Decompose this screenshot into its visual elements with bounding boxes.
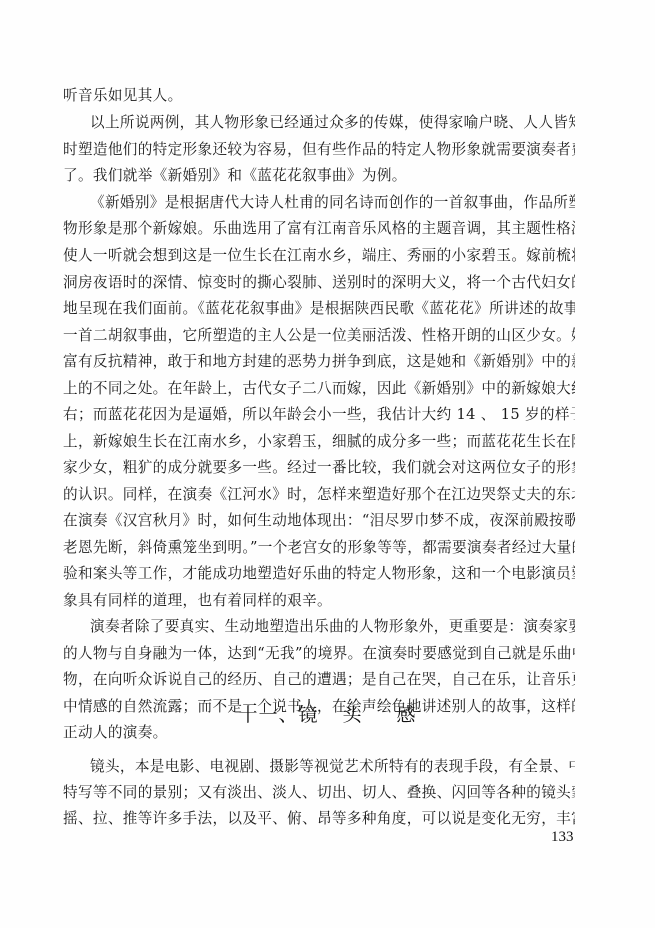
book-page: 听音乐如见其人。 以上所说两例，其人物形象已经通过众多的传媒，使得家喻户晓、人人… xyxy=(0,0,655,928)
text-line: 的认识。同样，在演奏《江河水》时，怎样来塑造好那个在江边哭祭丈夫的东北妇女形象； xyxy=(63,482,575,508)
text-line: 物形象是那个新嫁娘。乐曲选用了富有江南音乐风格的主题音调，其主题性格温柔、妩媚， xyxy=(63,216,575,242)
text-line: 摇、拉、推等许多手法，以及平、俯、昂等多种角度，可以说是变化无穷，丰富之极。在二 xyxy=(63,806,575,832)
text-line: 象具有同样的道理，也有着同样的艰辛。 xyxy=(63,588,575,614)
text-line: 演奏者除了要真实、生动地塑造出乐曲的人物形象外，更重要是：演奏家要将乐曲塑造 xyxy=(90,614,575,640)
text-line: 以上所说两例，其人物形象已经通过众多的传媒，使得家喻户晓、人人皆知了，在演奏 xyxy=(90,110,575,136)
text-line: 上，新嫁娘生长在江南水乡，小家碧玉，细腻的成分多一些；而蓝花花生长在陕西高原，农 xyxy=(63,429,575,455)
text-line: 的人物与自身融为一体，达到“无我”的境界。在演奏时要感觉到自己就是乐曲中的这个人 xyxy=(63,641,575,667)
text-line: 右；而蓝花花因为是逼婚，所以年龄会小一些，我估计大约 14 、 15 岁的样子。… xyxy=(63,402,575,428)
text-line: 听音乐如见其人。 xyxy=(63,83,575,109)
text-line: 富有反抗精神，敢于和地方封建的恶势力拼争到底，这是她和《新婚别》中的新嫁娘在性格 xyxy=(63,349,575,375)
section-heading-number: 十一、镜 xyxy=(238,701,318,729)
text-line: 《新婚别》是根据唐代大诗人杜甫的同名诗而创作的一首叙事曲，作品所塑造的主要人 xyxy=(90,190,575,216)
text-line: 验和案头等工作，才能成功地塑造好乐曲的特定人物形象，这和一个电影演员塑造好人物形 xyxy=(63,561,575,587)
text-line: 老恩先断，斜倚熏笼坐到明。”一个老宫女的形象等等，都需要演奏者经过大量的思考、体 xyxy=(63,535,575,561)
text-line: 地呈现在我们面前。《蓝花花叙事曲》是根据陕西民歌《蓝花花》所讲述的故事而创作的另 xyxy=(63,296,575,322)
text-line: 一首二胡叙事曲，它所塑造的主人公是一位美丽活泼、性格开朗的山区少女。她坚贞不屈， xyxy=(63,323,575,349)
page-number: 133 xyxy=(551,827,574,847)
text-line: 洞房夜语时的深情、惊变时的撕心裂肺、送别时的深明大义，将一个古代妇女的形象活生生 xyxy=(63,270,575,296)
text-line: 家少女，粗犷的成分就要多一些。经过一番比较，我们就会对这两位女子的形象有了进一步 xyxy=(63,455,575,481)
text-line: 镜头，本是电影、电视剧、摄影等视觉艺术所特有的表现手段，有全景、中景、近景、 xyxy=(90,754,575,780)
section-heading-word: 头 xyxy=(342,701,362,729)
section-heading-word: 感 xyxy=(397,701,417,729)
text-line: 时塑造他们的特定形象还较为容易，但有些作品的特定人物形象就需要演奏者费一番心思 xyxy=(63,137,575,163)
text-line: 上的不同之处。在年龄上，古代女子二八而嫁，因此《新婚别》中的新嫁娘大约有 16 … xyxy=(63,376,575,402)
text-line: 物，在向听众诉说自己的经历、自己的遭遇；是自己在哭，自己在乐，让音乐更多地成为心 xyxy=(63,667,575,693)
text-line: 了。我们就举《新婚别》和《蓝花花叙事曲》为例。 xyxy=(63,163,575,189)
text-line: 特写等不同的景别；又有淡出、淡人、切出、切人、叠换、闪回等各种的镜头蒙太奇；还有 xyxy=(63,780,575,806)
section-heading: 十一、镜头感 xyxy=(0,701,655,729)
text-line: 使人一听就会想到这是一位生长在江南水乡，端庄、秀丽的小家碧玉。嫁前梳妆时的羞涩、 xyxy=(63,243,575,269)
text-line: 在演奏《汉宫秋月》时，如何生动地体现出：“泪尽罗巾梦不成，夜深前殿按歌声。红颜未 xyxy=(63,508,575,534)
